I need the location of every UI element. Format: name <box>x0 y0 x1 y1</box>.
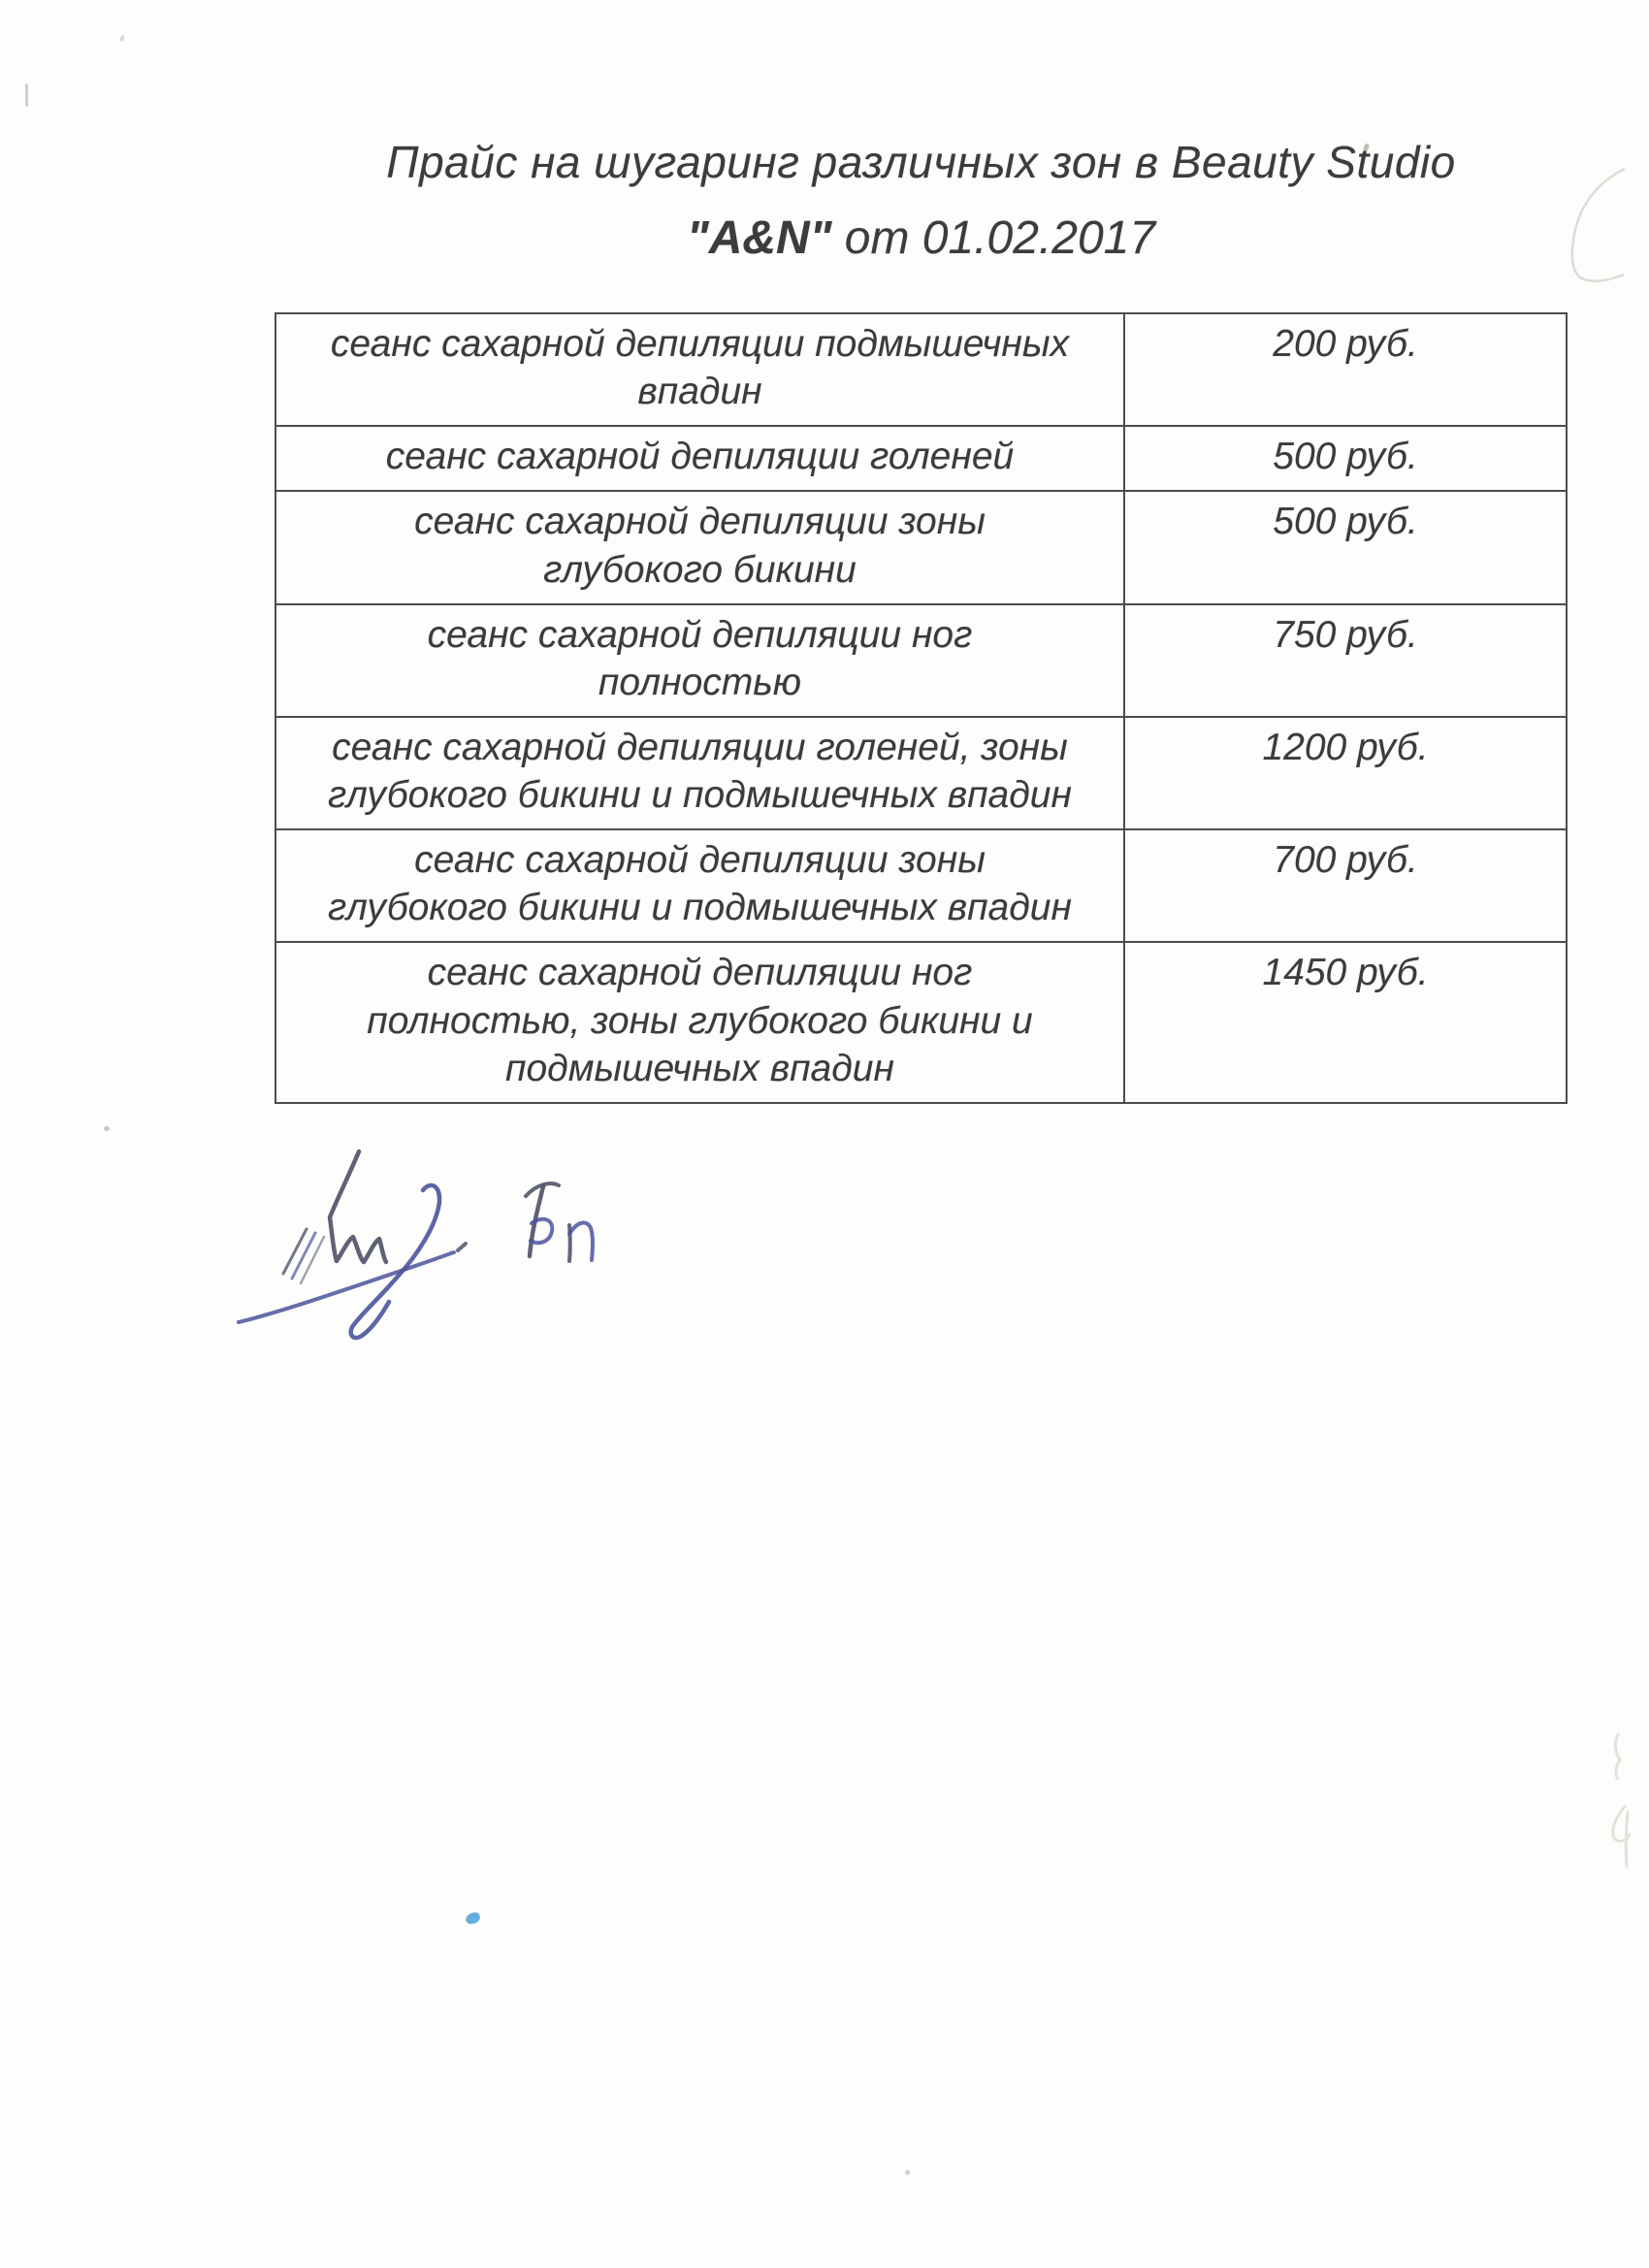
studio-name: "A&N" <box>687 212 832 264</box>
table-row: сеанс сахарной депиляции ног полностью, … <box>275 942 1567 1102</box>
service-cell: сеанс сахарной депиляции подмышечных впа… <box>275 313 1124 426</box>
document-title: Прайс на шугаринг различных зон в Beauty… <box>275 136 1568 265</box>
table-row: сеанс сахарной депиляции ног полностью 7… <box>275 604 1567 717</box>
table-row: сеанс сахарной депиляции зоны глубокого … <box>275 491 1567 603</box>
service-cell: сеанс сахарной депиляции ног полностью <box>275 604 1124 717</box>
title-line-1: Прайс на шугаринг различных зон в Beauty… <box>275 136 1568 188</box>
service-cell: сеанс сахарной депиляции голеней <box>275 426 1124 491</box>
scan-speck <box>905 2170 910 2175</box>
service-cell: сеанс сахарной депиляции зоны глубокого … <box>275 829 1124 942</box>
paper-crease-mark <box>1533 155 1649 291</box>
price-cell: 500 руб. <box>1124 426 1567 491</box>
price-cell: 750 руб. <box>1124 604 1567 717</box>
title-line-2: "A&N" от 01.02.2017 <box>275 211 1568 265</box>
scan-speck <box>119 35 125 43</box>
table-row: сеанс сахарной депиляции голеней 500 руб… <box>275 426 1567 491</box>
price-table: сеанс сахарной депиляции подмышечных впа… <box>275 312 1568 1104</box>
service-cell: сеанс сахарной депиляции ног полностью, … <box>275 942 1124 1102</box>
service-cell: сеанс сахарной депиляции зоны глубокого … <box>275 491 1124 603</box>
price-table-body: сеанс сахарной депиляции подмышечных впа… <box>275 313 1567 1103</box>
price-cell: 1200 руб. <box>1124 717 1567 829</box>
signature <box>223 1130 727 1421</box>
price-cell: 1450 руб. <box>1124 942 1567 1102</box>
table-row: сеанс сахарной депиляции подмышечных впа… <box>275 313 1567 426</box>
blue-ink-speck <box>465 1911 481 1926</box>
price-cell: 200 руб. <box>1124 313 1567 426</box>
table-row: сеанс сахарной депиляции голеней, зоны г… <box>275 717 1567 829</box>
scan-speck <box>104 1126 110 1131</box>
price-cell: 700 руб. <box>1124 829 1567 942</box>
title-date: от 01.02.2017 <box>831 212 1155 264</box>
table-row: сеанс сахарной депиляции зоны глубокого … <box>275 829 1567 942</box>
price-cell: 500 руб. <box>1124 491 1567 603</box>
scanned-document-page: Прайс на шугаринг различных зон в Beauty… <box>0 0 1649 2268</box>
scan-edge-mark <box>25 83 28 107</box>
edge-smudge-marks <box>1581 1717 1649 1872</box>
service-cell: сеанс сахарной депиляции голеней, зоны г… <box>275 717 1124 829</box>
